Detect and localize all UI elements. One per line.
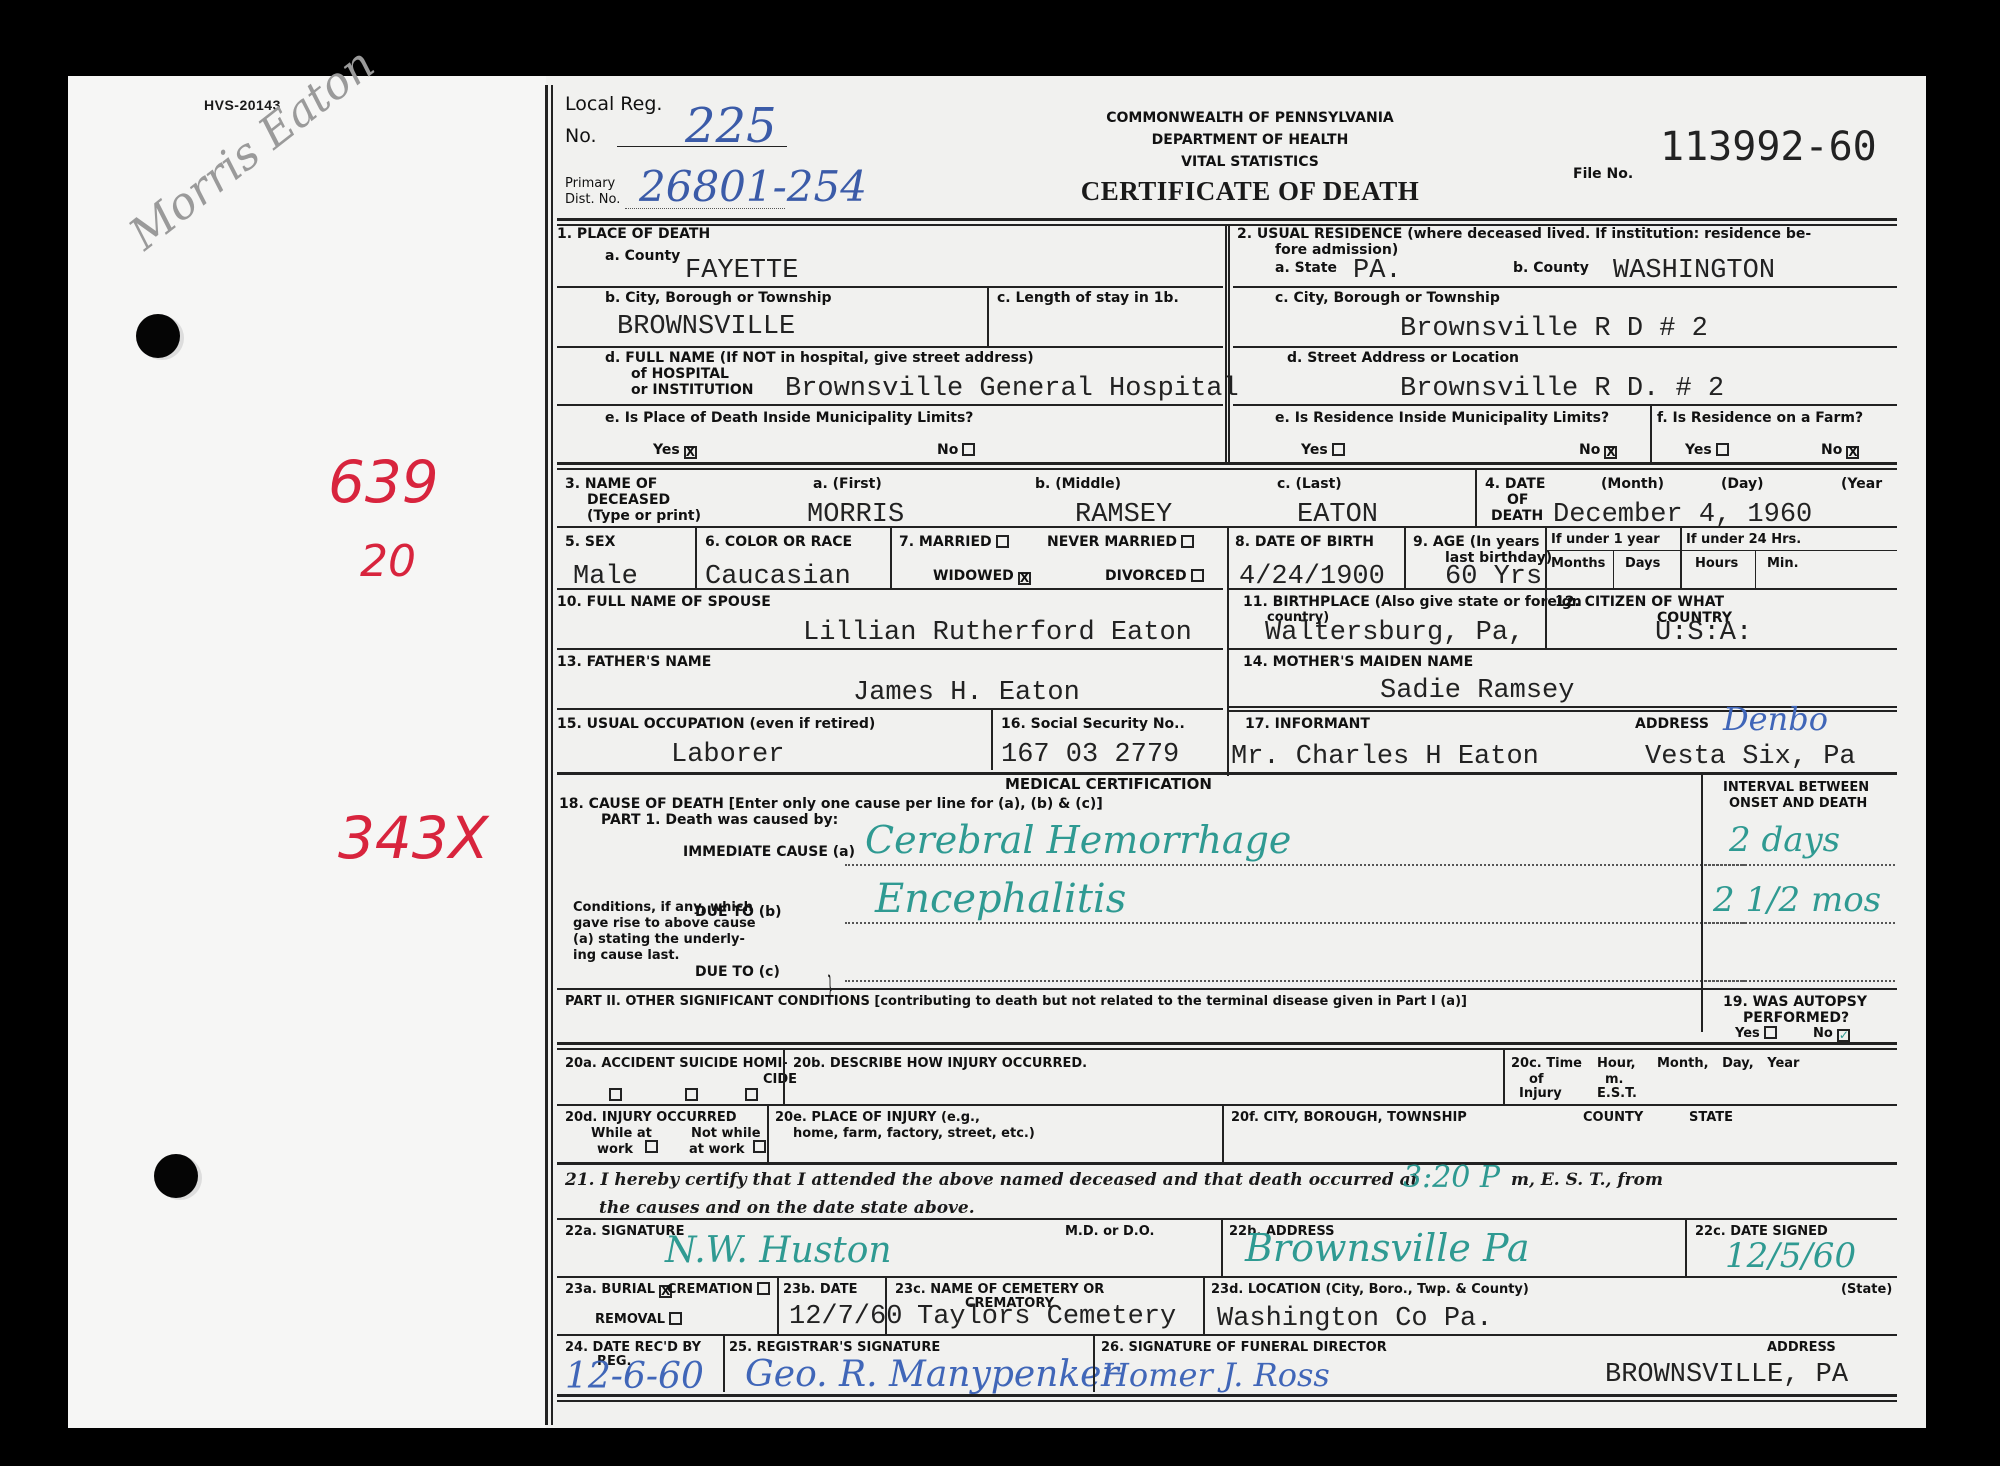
city-label: b. City, Borough or Township: [605, 290, 832, 306]
hospital-label-3: or INSTITUTION: [631, 382, 753, 398]
due-to-c-label: DUE TO (c): [695, 964, 780, 980]
occupation: Laborer: [671, 740, 784, 770]
injury-city-label: 20f. CITY, BOROUGH, TOWNSHIP: [1231, 1110, 1467, 1125]
left-stub: [68, 76, 546, 1428]
while-work-label-2: work: [597, 1142, 633, 1157]
checkbox-divorced[interactable]: [1191, 569, 1204, 582]
death-inside-limits-no[interactable]: No: [937, 442, 975, 458]
informant-address-note: Denbo: [1723, 700, 1828, 738]
citizen-label-1: 12. CITIZEN OF WHAT: [1555, 594, 1724, 610]
middle-label: b. (Middle): [1035, 476, 1121, 492]
residence-state: PA.: [1353, 256, 1402, 286]
medical-section-title: MEDICAL CERTIFICATION: [1005, 776, 1212, 792]
days-label: Days: [1625, 556, 1660, 571]
suicide-checkbox[interactable]: [681, 1088, 698, 1103]
not-work-label-2: at work: [689, 1142, 745, 1157]
immediate-cause-label: IMMEDIATE CAUSE (a): [683, 844, 855, 860]
hour-label-2: m.: [1605, 1072, 1623, 1087]
injury-time-label-2: of: [1529, 1072, 1544, 1087]
farm-label: f. Is Residence on a Farm?: [1657, 410, 1863, 426]
under-1yr-label: If under 1 year: [1551, 532, 1660, 547]
red-note-3: 343X: [338, 804, 488, 872]
while-work-label-1: While at: [591, 1126, 652, 1141]
min-label: Min.: [1767, 556, 1799, 571]
checkbox-no[interactable]: X: [1604, 446, 1617, 459]
dod-year-label: (Year: [1841, 476, 1882, 492]
ssn: 167 03 2779: [1001, 740, 1179, 770]
checkbox-married[interactable]: [996, 535, 1009, 548]
physician-address[interactable]: Brownsville Pa: [1245, 1226, 1529, 1270]
due-to-b[interactable]: Encephalitis: [875, 876, 1126, 922]
res-inside-no[interactable]: NoX: [1579, 442, 1617, 459]
not-work-checbox[interactable]: [749, 1140, 766, 1155]
street-label: d. Street Address or Location: [1287, 350, 1519, 366]
hospital-label-2: of HOSPITAL: [631, 366, 729, 382]
autopsy-label-2: PERFORMED?: [1743, 1010, 1849, 1026]
due-to-b-label: DUE TO (b): [695, 904, 782, 920]
death-certificate-form: Local Reg. No. 225 Primary Dist. No. 268…: [545, 80, 1925, 1430]
funeral-director-signature[interactable]: Homer J. Ross: [1101, 1356, 1330, 1394]
res-inside-yes[interactable]: Yes: [1301, 442, 1345, 458]
spouse-name: Lillian Rutherford Eaton: [803, 618, 1192, 648]
occupation-label: 15. USUAL OCCUPATION (even if retired): [557, 716, 875, 732]
checkbox-no[interactable]: ✓: [1837, 1029, 1850, 1042]
farm-yes[interactable]: Yes: [1685, 442, 1729, 458]
funeral-address: BROWNSVILLE, PA: [1605, 1360, 1848, 1390]
length-stay-label: c. Length of stay in 1b.: [997, 290, 1179, 306]
agency-line-3: VITAL STATISTICS: [1050, 154, 1450, 170]
primary-dist-label-1: Primary: [565, 176, 615, 191]
sex-label: 5. SEX: [565, 534, 615, 550]
certification-text-2: m, E. S. T., from: [1511, 1170, 1663, 1190]
primary-dist-no: 26801-254: [639, 162, 867, 211]
physician-signature[interactable]: N.W. Huston: [665, 1230, 892, 1271]
hospital-label-1: d. FULL NAME (If NOT in hospital, give s…: [605, 350, 1034, 366]
checkbox-yes[interactable]: X: [684, 446, 697, 459]
checkbox-never-married[interactable]: [1181, 535, 1194, 548]
widowed-option[interactable]: WIDOWEDX: [933, 568, 1031, 585]
death-county: FAYETTE: [685, 256, 798, 286]
registrar-label: 25. REGISTRAR'S SIGNATURE: [729, 1340, 940, 1355]
married-option[interactable]: 7. MARRIED: [899, 534, 1009, 550]
agency-line-2: DEPARTMENT OF HEALTH: [1050, 132, 1450, 148]
checkbox-yes[interactable]: [1764, 1026, 1777, 1039]
mdy-label: Month, Day, Year: [1657, 1056, 1799, 1071]
race-label: 6. COLOR OR RACE: [705, 534, 852, 550]
res-city-label: c. City, Borough or Township: [1275, 290, 1500, 306]
punch-hole: [136, 314, 180, 358]
place-injury-label-1: 20e. PLACE OF INJURY (e.g.,: [775, 1110, 980, 1125]
burial-option[interactable]: 23a. BURIALX: [565, 1282, 672, 1298]
local-reg-no: 225: [685, 98, 777, 154]
immediate-cause[interactable]: Cerebral Hemorrhage: [865, 818, 1291, 862]
county-label: a. County: [605, 248, 680, 264]
funeral-director-label: 26. SIGNATURE OF FUNERAL DIRECTOR: [1101, 1340, 1387, 1355]
death-inside-limits-label: e. Is Place of Death Inside Municipality…: [605, 410, 973, 426]
primary-dist-label-2: Dist. No.: [565, 192, 620, 207]
res-county-label: b. County: [1513, 260, 1589, 276]
state-label: a. State: [1275, 260, 1337, 276]
date-recd-label-1: 24. DATE REC'D BY: [565, 1340, 701, 1355]
red-note-2: 20: [360, 536, 416, 587]
never-married-option[interactable]: NEVER MARRIED: [1047, 534, 1194, 550]
injury-describe-label: 20b. DESCRIBE HOW INJURY OCCURRED.: [793, 1056, 1087, 1071]
injury-time-label-1: 20c. Time: [1511, 1056, 1582, 1071]
name-label-3: (Type or print): [587, 508, 701, 524]
date-received[interactable]: 12-6-60: [565, 1356, 704, 1397]
interval-b[interactable]: 2 1/2 mos: [1713, 880, 1881, 920]
mother-label: 14. MOTHER'S MAIDEN NAME: [1243, 654, 1473, 670]
checkbox-yes[interactable]: [1716, 443, 1729, 456]
checkbox-removal[interactable]: [669, 1312, 682, 1325]
dod-label-3: DEATH: [1491, 508, 1543, 524]
residence-label-1: 2. USUAL RESIDENCE (where deceased lived…: [1237, 226, 1811, 242]
local-reg-label: Local Reg.: [565, 96, 662, 112]
checkbox-widowed[interactable]: X: [1018, 572, 1031, 585]
interval-a[interactable]: 2 days: [1729, 820, 1840, 860]
citizenship: U:S:A:: [1655, 618, 1752, 648]
first-label: a. (First): [813, 476, 882, 492]
cemetery-name: Taylors Cemetery: [917, 1302, 1176, 1332]
certification-text-1: 21. I hereby certify that I attended the…: [565, 1170, 1419, 1190]
hour-label: Hour,: [1597, 1056, 1636, 1071]
informant-label: 17. INFORMANT: [1245, 716, 1370, 732]
checkbox-no[interactable]: X: [1846, 446, 1859, 459]
residence-city: Brownsville R D # 2: [1400, 314, 1708, 344]
dod-day-label: (Day): [1721, 476, 1764, 492]
page-title: CERTIFICATE OF DEATH: [1045, 176, 1455, 207]
checkbox-no[interactable]: [962, 443, 975, 456]
name-label-2: DECEASED: [587, 492, 670, 508]
dod-month-label: (Month): [1601, 476, 1664, 492]
informant-name: Mr. Charles H Eaton: [1231, 742, 1539, 772]
checkbox-yes[interactable]: [1332, 443, 1345, 456]
left-border-rule: [545, 85, 553, 1425]
informant-address-label: ADDRESS: [1635, 716, 1709, 732]
funeral-address-label: ADDRESS: [1767, 1340, 1836, 1355]
location-state-label: (State): [1841, 1282, 1892, 1297]
death-city: BROWNSVILLE: [617, 312, 795, 342]
red-note-1: 639: [328, 448, 439, 516]
birthplace: Waltersburg, Pa,: [1265, 618, 1524, 648]
birthplace-label-1: 11. BIRTHPLACE (Also give state or forei…: [1243, 594, 1582, 610]
ssn-label: 16. Social Security No..: [1001, 716, 1185, 732]
burial-date-label: 23b. DATE: [783, 1282, 857, 1297]
md-label: M.D. or D.O.: [1065, 1224, 1154, 1239]
part2-label: PART II. OTHER SIGNIFICANT CONDITIONS [c…: [565, 994, 1467, 1009]
cremation-option[interactable]: CREMATION: [667, 1282, 770, 1297]
cemetery-label-1: 23c. NAME OF CEMETERY OR: [895, 1282, 1104, 1297]
place-of-death-label: 1. PLACE OF DEATH: [557, 226, 710, 242]
injury-occurred-label: 20d. INJURY OCCURRED: [565, 1110, 737, 1125]
death-inside-limits-yes[interactable]: YesX: [653, 442, 697, 459]
punch-hole: [154, 1154, 198, 1198]
not-work-label-1: Not while: [691, 1126, 761, 1141]
farm-no[interactable]: NoX: [1821, 442, 1859, 459]
injury-time-label-3: Injury: [1519, 1086, 1562, 1101]
homicide-checkbox[interactable]: [741, 1088, 758, 1103]
divorced-option[interactable]: DIVORCED: [1105, 568, 1204, 584]
cause-label: 18. CAUSE OF DEATH [Enter only one cause…: [559, 796, 1103, 812]
accident-checkbox[interactable]: [605, 1088, 622, 1103]
age-label-1: 9. AGE (In years: [1413, 534, 1539, 550]
father-name: James H. Eaton: [853, 678, 1080, 708]
last-label: c. (Last): [1277, 476, 1342, 492]
dob-label: 8. DATE OF BIRTH: [1235, 534, 1374, 550]
residence-street: Brownsville R D. # 2: [1400, 374, 1724, 404]
file-no-label: File No.: [1573, 166, 1633, 182]
injury-county-label: COUNTY: [1583, 1110, 1643, 1125]
interval-label-2: ONSET AND DEATH: [1729, 796, 1867, 811]
autopsy-no[interactable]: No✓: [1813, 1026, 1850, 1042]
checkbox-cremation[interactable]: [757, 1282, 770, 1295]
autopsy-label-1: 19. WAS AUTOPSY: [1723, 994, 1867, 1010]
res-inside-limits-label: e. Is Residence Inside Municipality Limi…: [1275, 410, 1609, 426]
name-label-1: 3. NAME OF: [565, 476, 657, 492]
injury-type-label: 20a. ACCIDENT SUICIDE HOMI-: [565, 1056, 788, 1071]
registrar-signature[interactable]: Geo. R. Manypenker: [745, 1354, 1119, 1395]
local-reg-no-label: No.: [565, 128, 597, 144]
under-24h-label: If under 24 Hrs.: [1686, 532, 1801, 547]
mother-maiden-name: Sadie Ramsey: [1380, 676, 1574, 706]
agency-line-1: COMMONWEALTH OF PENNSYLVANIA: [1050, 110, 1450, 126]
autopsy-yes[interactable]: Yes: [1735, 1026, 1777, 1041]
injury-type-label-2: CIDE: [763, 1072, 797, 1087]
hospital-name: Brownsville General Hospital: [785, 374, 1239, 404]
burial-location: Washington Co Pa.: [1217, 1304, 1492, 1334]
place-injury-label-2: home, farm, factory, street, etc.): [793, 1126, 1035, 1141]
dod-label-1: 4. DATE: [1485, 476, 1545, 492]
certification-text-3: the causes and on the date state above.: [599, 1198, 975, 1218]
conditions-label-4: ing cause last.: [573, 948, 679, 963]
father-label: 13. FATHER'S NAME: [557, 654, 711, 670]
injury-state-label: STATE: [1689, 1110, 1733, 1125]
hour-label-3: E.S.T.: [1597, 1086, 1637, 1101]
dod-label-2: OF: [1507, 492, 1528, 508]
date-signed[interactable]: 12/5/60: [1725, 1236, 1856, 1276]
hours-label: Hours: [1695, 556, 1738, 571]
file-no: 113992-60: [1660, 124, 1877, 170]
conditions-label-3: (a) stating the underly-: [573, 932, 745, 947]
months-label: Months: [1551, 556, 1605, 571]
interval-label-1: INTERVAL BETWEEN: [1723, 780, 1869, 795]
part1-label: PART 1. Death was caused by:: [601, 812, 838, 828]
time-of-death[interactable]: 3:20 P: [1403, 1160, 1500, 1195]
informant-address: Vesta Six, Pa: [1645, 742, 1856, 772]
location-label: 23d. LOCATION (City, Boro., Twp. & Count…: [1211, 1282, 1529, 1297]
spouse-label: 10. FULL NAME OF SPOUSE: [557, 594, 771, 610]
removal-option[interactable]: REMOVAL: [595, 1312, 682, 1327]
residence-county: WASHINGTON: [1613, 256, 1775, 286]
while-work-checkbox[interactable]: [641, 1140, 658, 1155]
